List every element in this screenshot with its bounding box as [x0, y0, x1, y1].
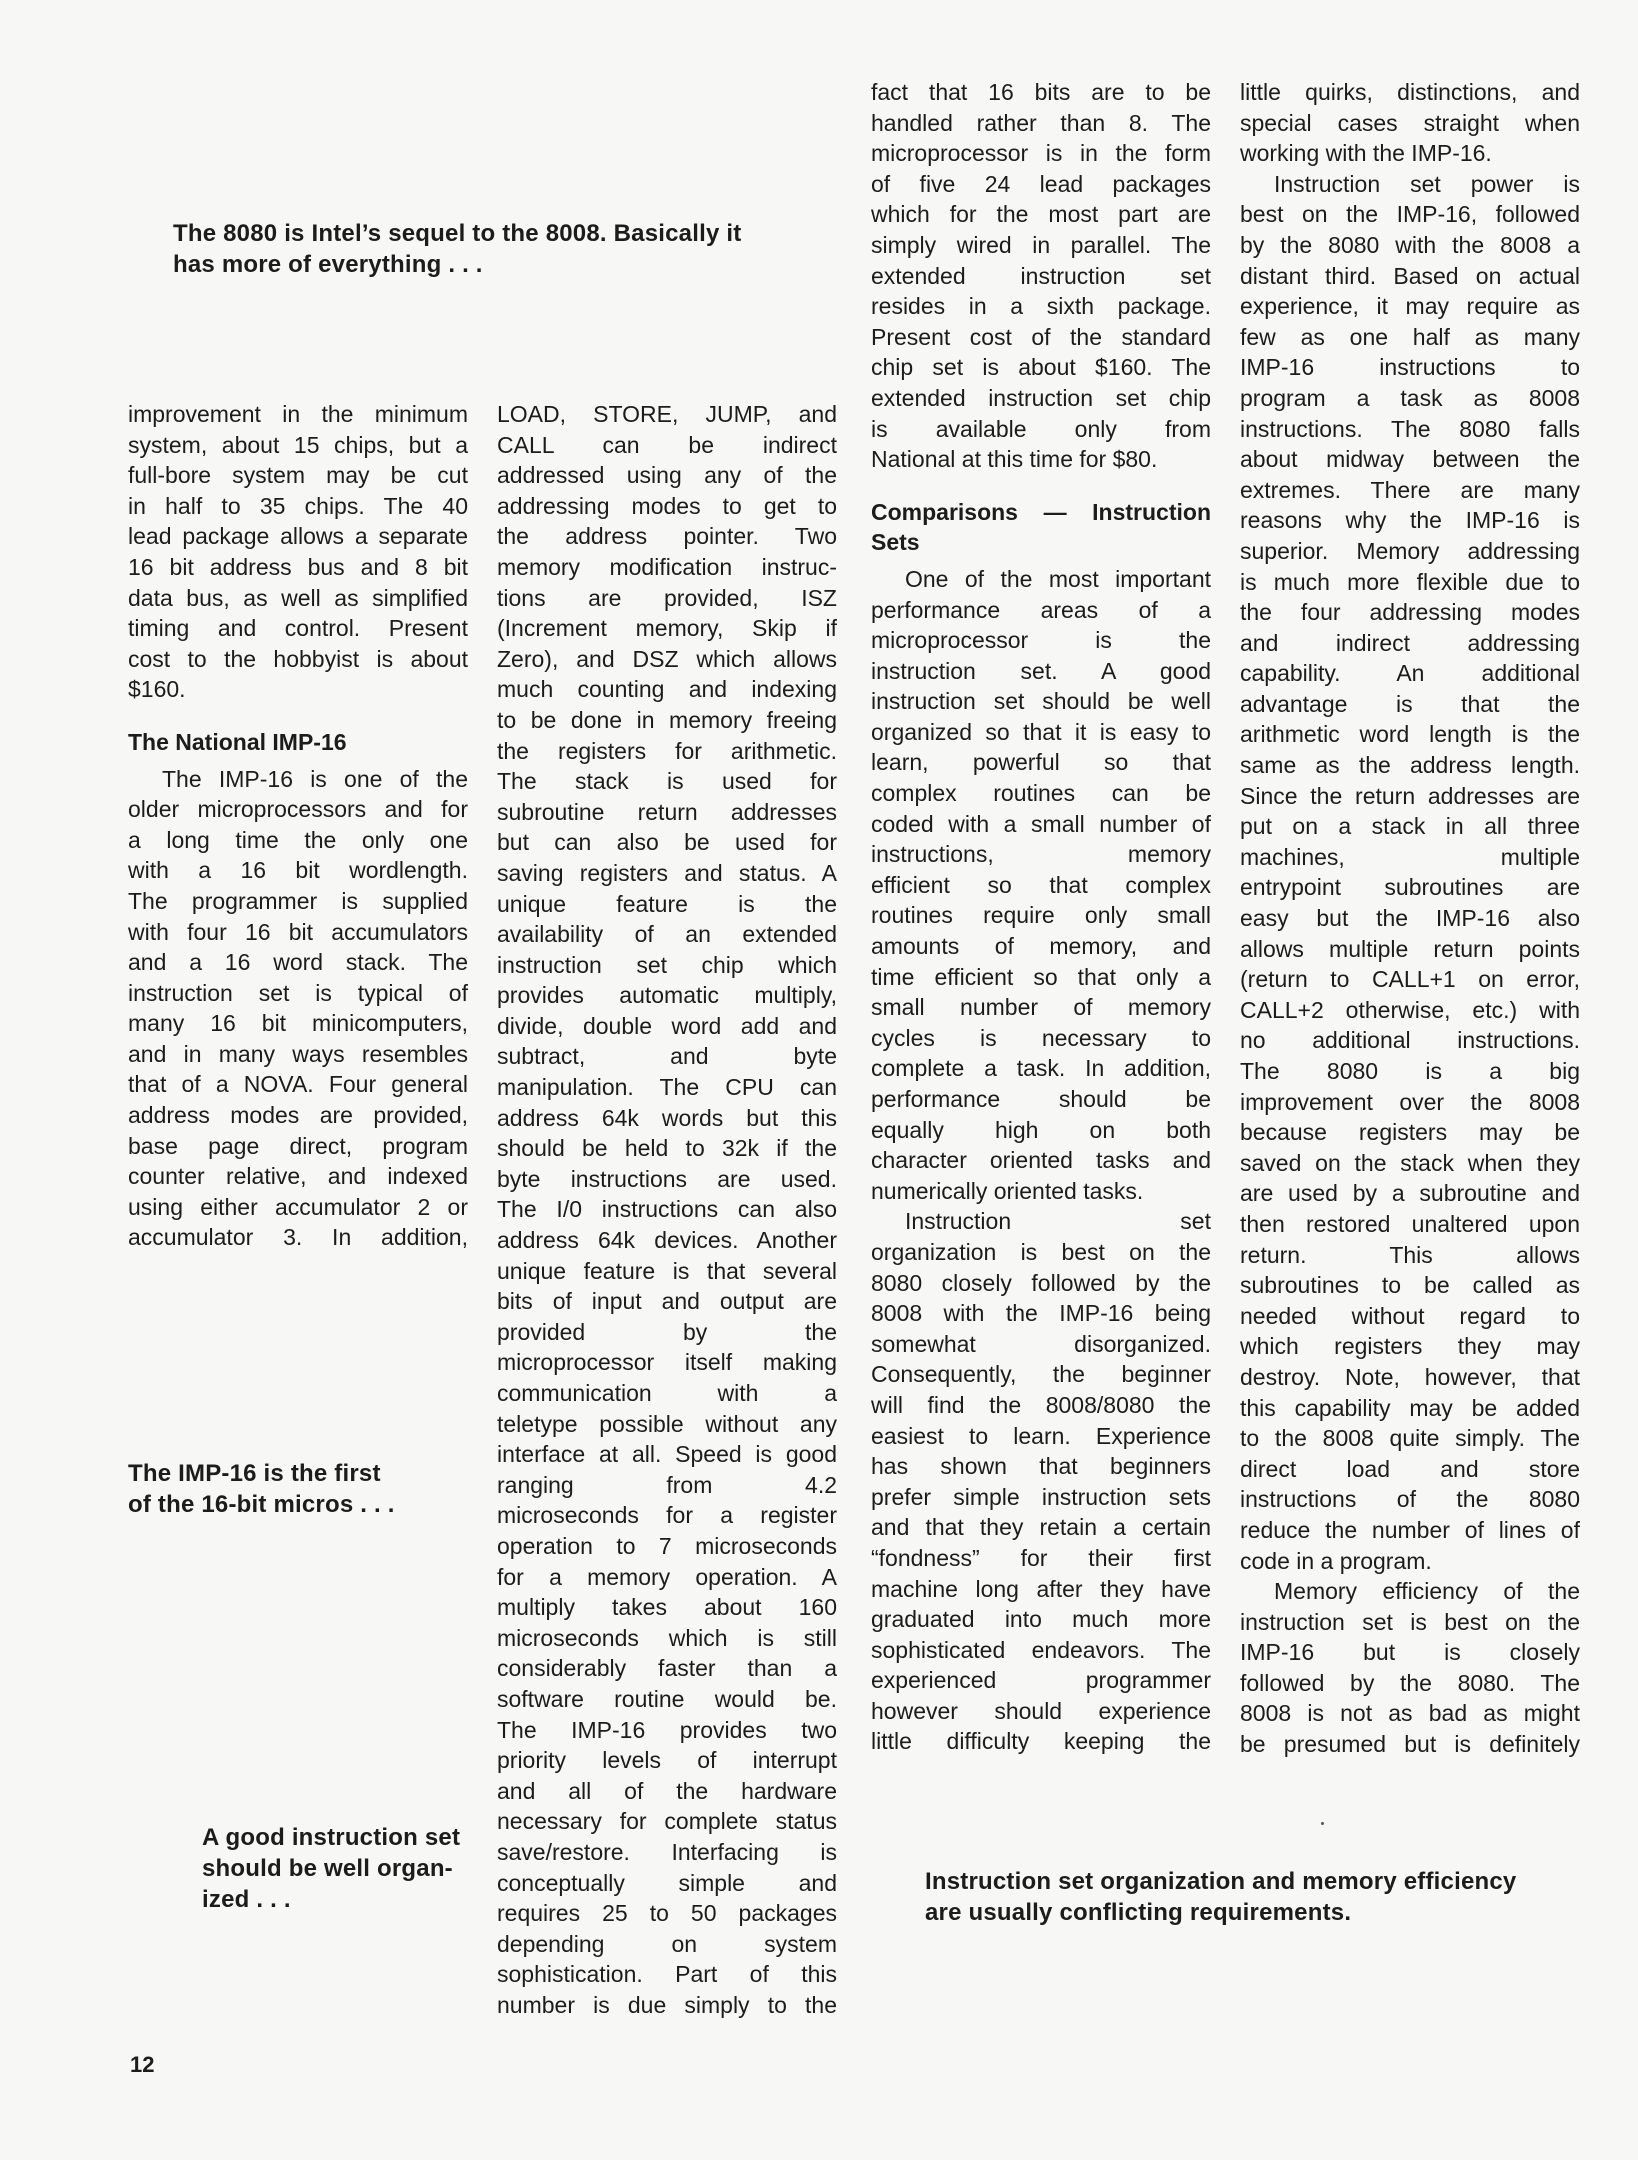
text-line: will find the 8008/8080 the — [871, 1390, 1211, 1421]
text-line: to the 8008 quite simply. The — [1240, 1423, 1580, 1454]
text-line: much counting and indexing — [497, 674, 837, 705]
text-line: amounts of memory, and — [871, 931, 1211, 962]
text-line: somewhat disorganized. — [871, 1329, 1211, 1360]
text-line: best on the IMP-16, followed — [1240, 199, 1580, 230]
pull-quote-line: ized . . . — [202, 1884, 460, 1915]
magazine-page: The 8080 is Intel’s sequel to the 8008. … — [0, 0, 1638, 2160]
column-1: improvement in the minimum system, about… — [128, 399, 468, 1253]
text-line: subroutines to be called as — [1240, 1270, 1580, 1301]
text-line: provides automatic multiply, — [497, 980, 837, 1011]
text-line: and all of the hardware — [497, 1776, 837, 1807]
text-line: cost to the hobbyist is about — [128, 644, 468, 675]
text-line: addressed using any of the — [497, 460, 837, 491]
text-line: 8008 with the IMP-16 being — [871, 1298, 1211, 1329]
pull-quote-line: The 8080 is Intel’s sequel to the 8008. … — [173, 218, 741, 249]
text-line: prefer simple instruction sets — [871, 1482, 1211, 1513]
text-line: address modes are provided, — [128, 1100, 468, 1131]
column-4: little quirks, distinctions, andspecial … — [1240, 77, 1580, 1760]
text-line: (return to CALL+1 on error, — [1240, 964, 1580, 995]
text-line: entrypoint subroutines are — [1240, 872, 1580, 903]
text-line: Since the return addresses are — [1240, 781, 1580, 812]
text-line: chip set is about $160. The — [871, 352, 1211, 383]
text-line: $160. — [128, 674, 468, 705]
text-line: sophistication. Part of this — [497, 1959, 837, 1990]
text-line: with four 16 bit accumulators — [128, 917, 468, 948]
text-line: and a 16 word stack. The — [128, 947, 468, 978]
text-line: program a task as 8008 — [1240, 383, 1580, 414]
text-line: bits of input and output are — [497, 1286, 837, 1317]
pull-quote-8080-sequel: The 8080 is Intel’s sequel to the 8008. … — [173, 218, 741, 280]
text-line: allows multiple return points — [1240, 934, 1580, 965]
text-line: availability of an extended — [497, 919, 837, 950]
column-3: fact that 16 bits are to behandled rathe… — [871, 77, 1211, 1757]
text-line: The IMP-16 provides two — [497, 1715, 837, 1746]
text-line: easy but the IMP-16 also — [1240, 903, 1580, 934]
section-heading-national-imp16: The National IMP-16 — [128, 727, 468, 758]
text-line: operation to 7 microseconds — [497, 1531, 837, 1562]
text-line: reduce the number of lines of — [1240, 1515, 1580, 1546]
heading-line: Sets — [871, 527, 1211, 558]
pull-quote-line: should be well organ- — [202, 1853, 460, 1884]
text-line: instruction set chip which — [497, 950, 837, 981]
text-line: sophisticated endeavors. The — [871, 1635, 1211, 1666]
paragraph-imp16-quirks: little quirks, distinctions, andspecial … — [1240, 77, 1580, 169]
text-line: Zero), and DSZ which allows — [497, 644, 837, 675]
text-line: system, about 15 chips, but a — [128, 430, 468, 461]
text-line: subroutine return addresses — [497, 797, 837, 828]
text-line: equally high on both — [871, 1115, 1211, 1146]
text-line: CALL+2 otherwise, etc.) with — [1240, 995, 1580, 1026]
text-line: experienced programmer — [871, 1665, 1211, 1696]
text-line: manipulation. The CPU can — [497, 1072, 837, 1103]
text-line: no additional instructions. — [1240, 1025, 1580, 1056]
text-line: distant third. Based on actual — [1240, 261, 1580, 292]
text-line: priority levels of interrupt — [497, 1745, 837, 1776]
text-line: extended instruction set chip — [871, 383, 1211, 414]
text-line: in half to 35 chips. The 40 — [128, 491, 468, 522]
text-line: return. This allows — [1240, 1240, 1580, 1271]
text-line: considerably faster than a — [497, 1653, 837, 1684]
text-line: IMP-16 instructions to — [1240, 352, 1580, 383]
text-line: time efficient so that only a — [871, 962, 1211, 993]
text-line: to be done in memory freeing — [497, 705, 837, 736]
text-line: about midway between the — [1240, 444, 1580, 475]
text-line: addressing modes to get to — [497, 491, 837, 522]
paragraph-imp16-packages: fact that 16 bits are to behandled rathe… — [871, 77, 1211, 475]
text-line: instruction set. A good — [871, 656, 1211, 687]
text-line: but can also be used for — [497, 827, 837, 858]
text-line: coded with a small number of — [871, 809, 1211, 840]
text-line: resides in a sixth package. — [871, 291, 1211, 322]
text-line: depending on system — [497, 1929, 837, 1960]
text-line: microseconds for a register — [497, 1500, 837, 1531]
text-line: however should experience — [871, 1696, 1211, 1727]
text-line: followed by the 8080. The — [1240, 1668, 1580, 1699]
text-line: by the 8080 with the 8008 a — [1240, 230, 1580, 261]
text-line: microprocessor itself making — [497, 1347, 837, 1378]
text-line: learn, powerful so that — [871, 747, 1211, 778]
text-line: superior. Memory addressing — [1240, 536, 1580, 567]
pull-quote-line: of the 16-bit micros . . . — [128, 1489, 395, 1520]
text-line: (Increment memory, Skip if — [497, 613, 837, 644]
text-line: teletype possible without any — [497, 1409, 837, 1440]
text-line: graduated into much more — [871, 1604, 1211, 1635]
text-line: timing and control. Present — [128, 613, 468, 644]
text-line: instructions of the 8080 — [1240, 1484, 1580, 1515]
text-line: is much more flexible due to — [1240, 567, 1580, 598]
text-line: data bus, as well as simplified — [128, 583, 468, 614]
spacer — [871, 475, 1211, 497]
text-line: instructions, memory — [871, 839, 1211, 870]
text-line: extended instruction set — [871, 261, 1211, 292]
heading-line: Comparisons — Instruction — [871, 497, 1211, 528]
text-line: The 8080 is a big — [1240, 1056, 1580, 1087]
text-line: 8080 closely followed by the — [871, 1268, 1211, 1299]
text-line: improvement over the 8008 — [1240, 1087, 1580, 1118]
text-line: with a 16 bit wordlength. — [128, 855, 468, 886]
text-line: and in many ways resembles — [128, 1039, 468, 1070]
text-line: software routine would be. — [497, 1684, 837, 1715]
text-line: code in a program. — [1240, 1546, 1580, 1577]
text-line: that of a NOVA. Four general — [128, 1069, 468, 1100]
paragraph-instruction-set-power: Instruction set power isbest on the IMP-… — [1240, 169, 1580, 1576]
text-line: direct load and store — [1240, 1454, 1580, 1485]
text-line: this capability may be added — [1240, 1393, 1580, 1424]
text-line: using either accumulator 2 or — [128, 1192, 468, 1223]
print-speck — [1321, 1822, 1324, 1825]
text-line: little difficulty keeping the — [871, 1726, 1211, 1757]
text-line: instruction set should be well — [871, 686, 1211, 717]
text-line: microprocessor is the — [871, 625, 1211, 656]
text-line: unique feature is that several — [497, 1256, 837, 1287]
text-line: small number of memory — [871, 992, 1211, 1023]
text-line: memory modification instruc- — [497, 552, 837, 583]
text-line: byte instructions are used. — [497, 1164, 837, 1195]
text-line: 8008 is not as bad as might — [1240, 1698, 1580, 1729]
text-line: instruction set is typical of — [128, 978, 468, 1009]
pull-quote-imp16-first: The IMP-16 is the first of the 16-bit mi… — [128, 1458, 395, 1520]
text-line: One of the most important — [871, 564, 1211, 595]
text-line: divide, double word add and — [497, 1011, 837, 1042]
text-line: are used by a subroutine and — [1240, 1178, 1580, 1209]
pull-quote-line: The IMP-16 is the first — [128, 1458, 395, 1489]
section-heading-comparisons-instruction-sets: Comparisons — Instruction Sets — [871, 497, 1211, 558]
text-line: complete a task. In addition, — [871, 1053, 1211, 1084]
text-line: lead package allows a separate — [128, 521, 468, 552]
text-line: base page direct, program — [128, 1131, 468, 1162]
text-line: ranging from 4.2 — [497, 1470, 837, 1501]
pull-quote-line: A good instruction set — [202, 1822, 460, 1853]
text-line: National at this time for $80. — [871, 444, 1211, 475]
text-line: put on a stack in all three — [1240, 811, 1580, 842]
text-line: and that they retain a certain — [871, 1512, 1211, 1543]
text-line: arithmetic word length is the — [1240, 719, 1580, 750]
text-line: Present cost of the standard — [871, 322, 1211, 353]
text-line: reasons why the IMP-16 is — [1240, 505, 1580, 536]
text-line: handled rather than 8. The — [871, 108, 1211, 139]
text-line: requires 25 to 50 packages — [497, 1898, 837, 1929]
text-line: working with the IMP-16. — [1240, 138, 1580, 169]
text-line: a long time the only one — [128, 825, 468, 856]
text-line: advantage is that the — [1240, 689, 1580, 720]
text-line: interface at all. Speed is good — [497, 1439, 837, 1470]
text-line: the address pointer. Two — [497, 521, 837, 552]
text-line: Instruction set power is — [1240, 169, 1580, 200]
text-line: communication with a — [497, 1378, 837, 1409]
text-line: little quirks, distinctions, and — [1240, 77, 1580, 108]
text-line: address 64k words but this — [497, 1103, 837, 1134]
text-line: should be held to 32k if the — [497, 1133, 837, 1164]
text-line: experience, it may require as — [1240, 291, 1580, 322]
text-line: “fondness” for their first — [871, 1543, 1211, 1574]
text-line: performance should be — [871, 1084, 1211, 1115]
text-line: number is due simply to the — [497, 1990, 837, 2021]
text-line: of five 24 lead packages — [871, 169, 1211, 200]
text-line: multiply takes about 160 — [497, 1592, 837, 1623]
text-line: accumulator 3. In addition, — [128, 1222, 468, 1253]
text-line: provided by the — [497, 1317, 837, 1348]
pull-quote-conflicting-requirements: Instruction set organization and memory … — [925, 1866, 1516, 1928]
text-line: easiest to learn. Experience — [871, 1421, 1211, 1452]
text-line: destroy. Note, however, that — [1240, 1362, 1580, 1393]
text-line: subtract, and byte — [497, 1041, 837, 1072]
text-line: CALL can be indirect — [497, 430, 837, 461]
pull-quote-line: Instruction set organization and memory … — [925, 1866, 1516, 1897]
pull-quote-line: has more of everything . . . — [173, 249, 741, 280]
text-line: special cases straight when — [1240, 108, 1580, 139]
text-line: LOAD, STORE, JUMP, and — [497, 399, 837, 430]
text-line: which for the most part are — [871, 199, 1211, 230]
text-line: Instruction set — [871, 1206, 1211, 1237]
pull-quote-good-instruction-set: A good instruction set should be well or… — [202, 1822, 460, 1915]
text-line: extremes. There are many — [1240, 475, 1580, 506]
text-line: needed without regard to — [1240, 1301, 1580, 1332]
pull-quote-line: are usually conflicting requirements. — [925, 1897, 1516, 1928]
text-line: fact that 16 bits are to be — [871, 77, 1211, 108]
text-line: save/restore. Interfacing is — [497, 1837, 837, 1868]
text-line: many 16 bit minicomputers, — [128, 1008, 468, 1039]
text-line: the registers for arithmetic. — [497, 736, 837, 767]
text-line: 16 bit address bus and 8 bit — [128, 552, 468, 583]
text-line: then restored unaltered upon — [1240, 1209, 1580, 1240]
text-line: performance areas of a — [871, 595, 1211, 626]
text-line: IMP-16 but is closely — [1240, 1637, 1580, 1668]
text-line: organization is best on the — [871, 1237, 1211, 1268]
text-line: The IMP-16 is one of the — [128, 764, 468, 795]
text-line: efficient so that complex — [871, 870, 1211, 901]
text-line: Consequently, the beginner — [871, 1359, 1211, 1390]
text-line: improvement in the minimum — [128, 399, 468, 430]
text-line: which registers they may — [1240, 1331, 1580, 1362]
text-line: address 64k devices. Another — [497, 1225, 837, 1256]
text-line: saving registers and status. A — [497, 858, 837, 889]
paragraph-imp16-intro: The IMP-16 is one of the older microproc… — [128, 764, 468, 1254]
text-line: The programmer is supplied — [128, 886, 468, 917]
text-line: routines require only small — [871, 900, 1211, 931]
text-line: full-bore system may be cut — [128, 460, 468, 491]
text-line: The stack is used for — [497, 766, 837, 797]
text-line: machine long after they have — [871, 1574, 1211, 1605]
text-line: The I/0 instructions can also — [497, 1194, 837, 1225]
text-line: the four addressing modes — [1240, 597, 1580, 628]
text-line: microseconds which is still — [497, 1623, 837, 1654]
paragraph-8080-chips: improvement in the minimum system, about… — [128, 399, 468, 705]
paragraph-memory-efficiency: Memory efficiency of theinstruction set … — [1240, 1576, 1580, 1760]
text-line: is available only from — [871, 414, 1211, 445]
text-line: and indirect addressing — [1240, 628, 1580, 659]
text-line: complex routines can be — [871, 778, 1211, 809]
text-line: Memory efficiency of the — [1240, 1576, 1580, 1607]
text-line: same as the address length. — [1240, 750, 1580, 781]
text-line: counter relative, and indexed — [128, 1161, 468, 1192]
paragraph-instruction-set-importance: One of the most importantperformance are… — [871, 564, 1211, 1206]
page-number: 12 — [130, 2052, 154, 2078]
text-line: because registers may be — [1240, 1117, 1580, 1148]
spacer — [128, 705, 468, 727]
text-line: unique feature is the — [497, 889, 837, 920]
text-line: older microprocessors and for — [128, 794, 468, 825]
text-line: machines, multiple — [1240, 842, 1580, 873]
text-line: capability. An additional — [1240, 658, 1580, 689]
text-line: character oriented tasks and — [871, 1145, 1211, 1176]
text-line: saved on the stack when they — [1240, 1148, 1580, 1179]
text-line: cycles is necessary to — [871, 1023, 1211, 1054]
text-line: tions are provided, ISZ — [497, 583, 837, 614]
text-line: instructions. The 8080 falls — [1240, 414, 1580, 445]
text-line: be presumed but is definitely — [1240, 1729, 1580, 1760]
text-line: has shown that beginners — [871, 1451, 1211, 1482]
text-line: instruction set is best on the — [1240, 1607, 1580, 1638]
text-line: microprocessor is in the form — [871, 138, 1211, 169]
text-line: simply wired in parallel. The — [871, 230, 1211, 261]
text-line: for a memory operation. A — [497, 1562, 837, 1593]
text-line: organized so that it is easy to — [871, 717, 1211, 748]
text-line: conceptually simple and — [497, 1868, 837, 1899]
column-2: LOAD, STORE, JUMP, andCALL can be indire… — [497, 399, 837, 2020]
text-line: numerically oriented tasks. — [871, 1176, 1211, 1207]
text-line: few as one half as many — [1240, 322, 1580, 353]
paragraph-instruction-set-organization: Instruction setorganization is best on t… — [871, 1206, 1211, 1757]
text-line: necessary for complete status — [497, 1806, 837, 1837]
